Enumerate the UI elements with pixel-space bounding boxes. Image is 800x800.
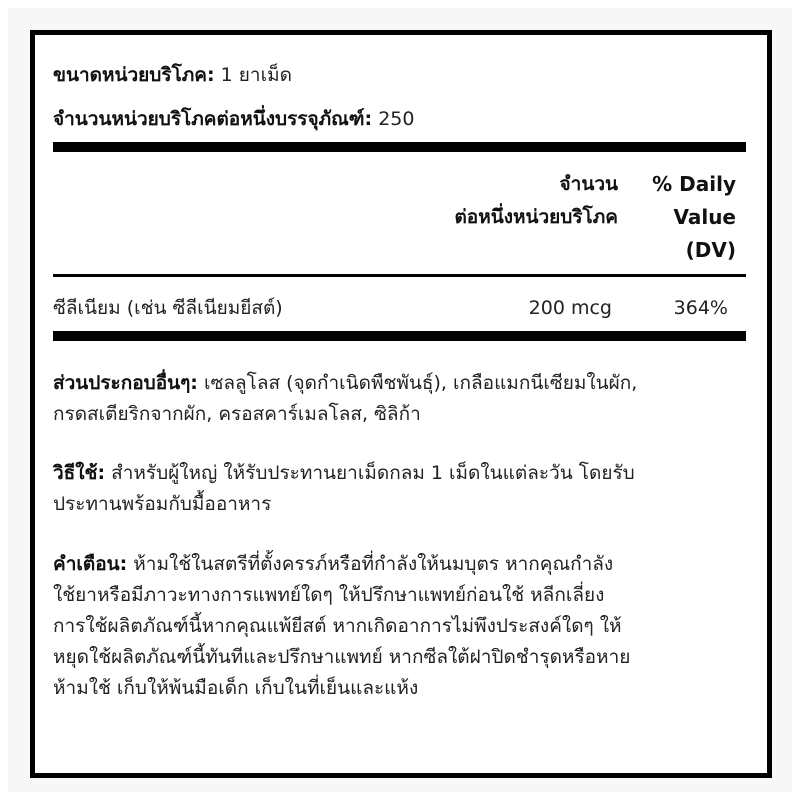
directions: วิธีใช้: สำหรับผู้ใหญ่ ให้รับประทานยาเม็… bbox=[53, 458, 746, 520]
nutrient-name: ซีลีเนียม (เช่น ซีลีเนียมยีสต์) bbox=[53, 293, 283, 323]
serving-size-value: 1 ยาเม็ด bbox=[221, 64, 292, 86]
warnings: คำเตือน: ห้ามใช้ในสตรีที่ตั้งครรภ์หรือที… bbox=[53, 549, 746, 704]
warnings-text3: การใช้ผลิตภัณฑ์นี้หากคุณแพ้ยีสต์ หากเกิด… bbox=[53, 611, 746, 642]
header-amount-line2: ต่อหนึ่งหน่วยบริโภค bbox=[454, 201, 618, 234]
servings-per-container: จำนวนหน่วยบริโภคต่อหนึ่งบรรจุภัณฑ์: 250 bbox=[53, 107, 414, 131]
other-ingredients-line1: ส่วนประกอบอื่นๆ: เซลลูโลส (จุดกำเนิดพืชพ… bbox=[53, 368, 746, 399]
warnings-text4: หยุดใช้ผลิตภัณฑ์นี้ทันทีและปรึกษาแพทย์ ห… bbox=[53, 642, 746, 673]
nutrient-dv: 364% bbox=[674, 293, 728, 323]
servings-per-container-label: จำนวนหน่วยบริโภคต่อหนึ่งบรรจุภัณฑ์: bbox=[53, 108, 372, 130]
other-ingredients-text2: กรดสเตียริกจากผัก, ครอสคาร์เมลโลส, ซิลิก… bbox=[53, 399, 746, 430]
warnings-label: คำเตือน: bbox=[53, 553, 127, 575]
other-ingredients-label: ส่วนประกอบอื่นๆ: bbox=[53, 372, 198, 394]
header-dv-line1: % Daily bbox=[652, 168, 736, 201]
header-amount-line1: จำนวน bbox=[454, 168, 618, 201]
serving-size-label: ขนาดหน่วยบริโภค: bbox=[53, 64, 215, 86]
servings-per-container-value: 250 bbox=[378, 108, 414, 130]
warnings-text5: ห้ามใช้ เก็บให้พ้นมือเด็ก เก็บในที่เย็นแ… bbox=[53, 673, 746, 704]
other-ingredients-text1: เซลลูโลส (จุดกำเนิดพืชพันธุ์), เกลือแมกน… bbox=[204, 372, 637, 394]
divider-thick-bottom bbox=[53, 331, 746, 341]
directions-line1: วิธีใช้: สำหรับผู้ใหญ่ ให้รับประทานยาเม็… bbox=[53, 458, 746, 489]
warnings-line1: คำเตือน: ห้ามใช้ในสตรีที่ตั้งครรภ์หรือที… bbox=[53, 549, 746, 580]
nutrient-amount: 200 mcg bbox=[529, 293, 612, 323]
warnings-text1: ห้ามใช้ในสตรีที่ตั้งครรภ์หรือที่กำลังให้… bbox=[133, 553, 613, 575]
header-daily-value: % Daily Value (DV) bbox=[652, 168, 736, 267]
directions-text1: สำหรับผู้ใหญ่ ให้รับประทานยาเม็ดกลม 1 เม… bbox=[111, 462, 635, 484]
header-dv-line2: Value bbox=[652, 201, 736, 234]
header-dv-line3: (DV) bbox=[652, 234, 736, 267]
header-amount-per-serving: จำนวน ต่อหนึ่งหน่วยบริโภค bbox=[454, 168, 618, 234]
supplement-facts-panel: ขนาดหน่วยบริโภค: 1 ยาเม็ด จำนวนหน่วยบริโ… bbox=[30, 30, 772, 778]
warnings-text2: ใช้ยาหรือมีภาวะทางการแพทย์ใดๆ ให้ปรึกษาแ… bbox=[53, 580, 746, 611]
divider-thin bbox=[53, 274, 746, 277]
other-ingredients: ส่วนประกอบอื่นๆ: เซลลูโลส (จุดกำเนิดพืชพ… bbox=[53, 368, 746, 430]
directions-label: วิธีใช้: bbox=[53, 462, 105, 484]
divider-thick-top bbox=[53, 142, 746, 152]
serving-size: ขนาดหน่วยบริโภค: 1 ยาเม็ด bbox=[53, 63, 292, 87]
directions-text2: ประทานพร้อมกับมื้ออาหาร bbox=[53, 489, 746, 520]
